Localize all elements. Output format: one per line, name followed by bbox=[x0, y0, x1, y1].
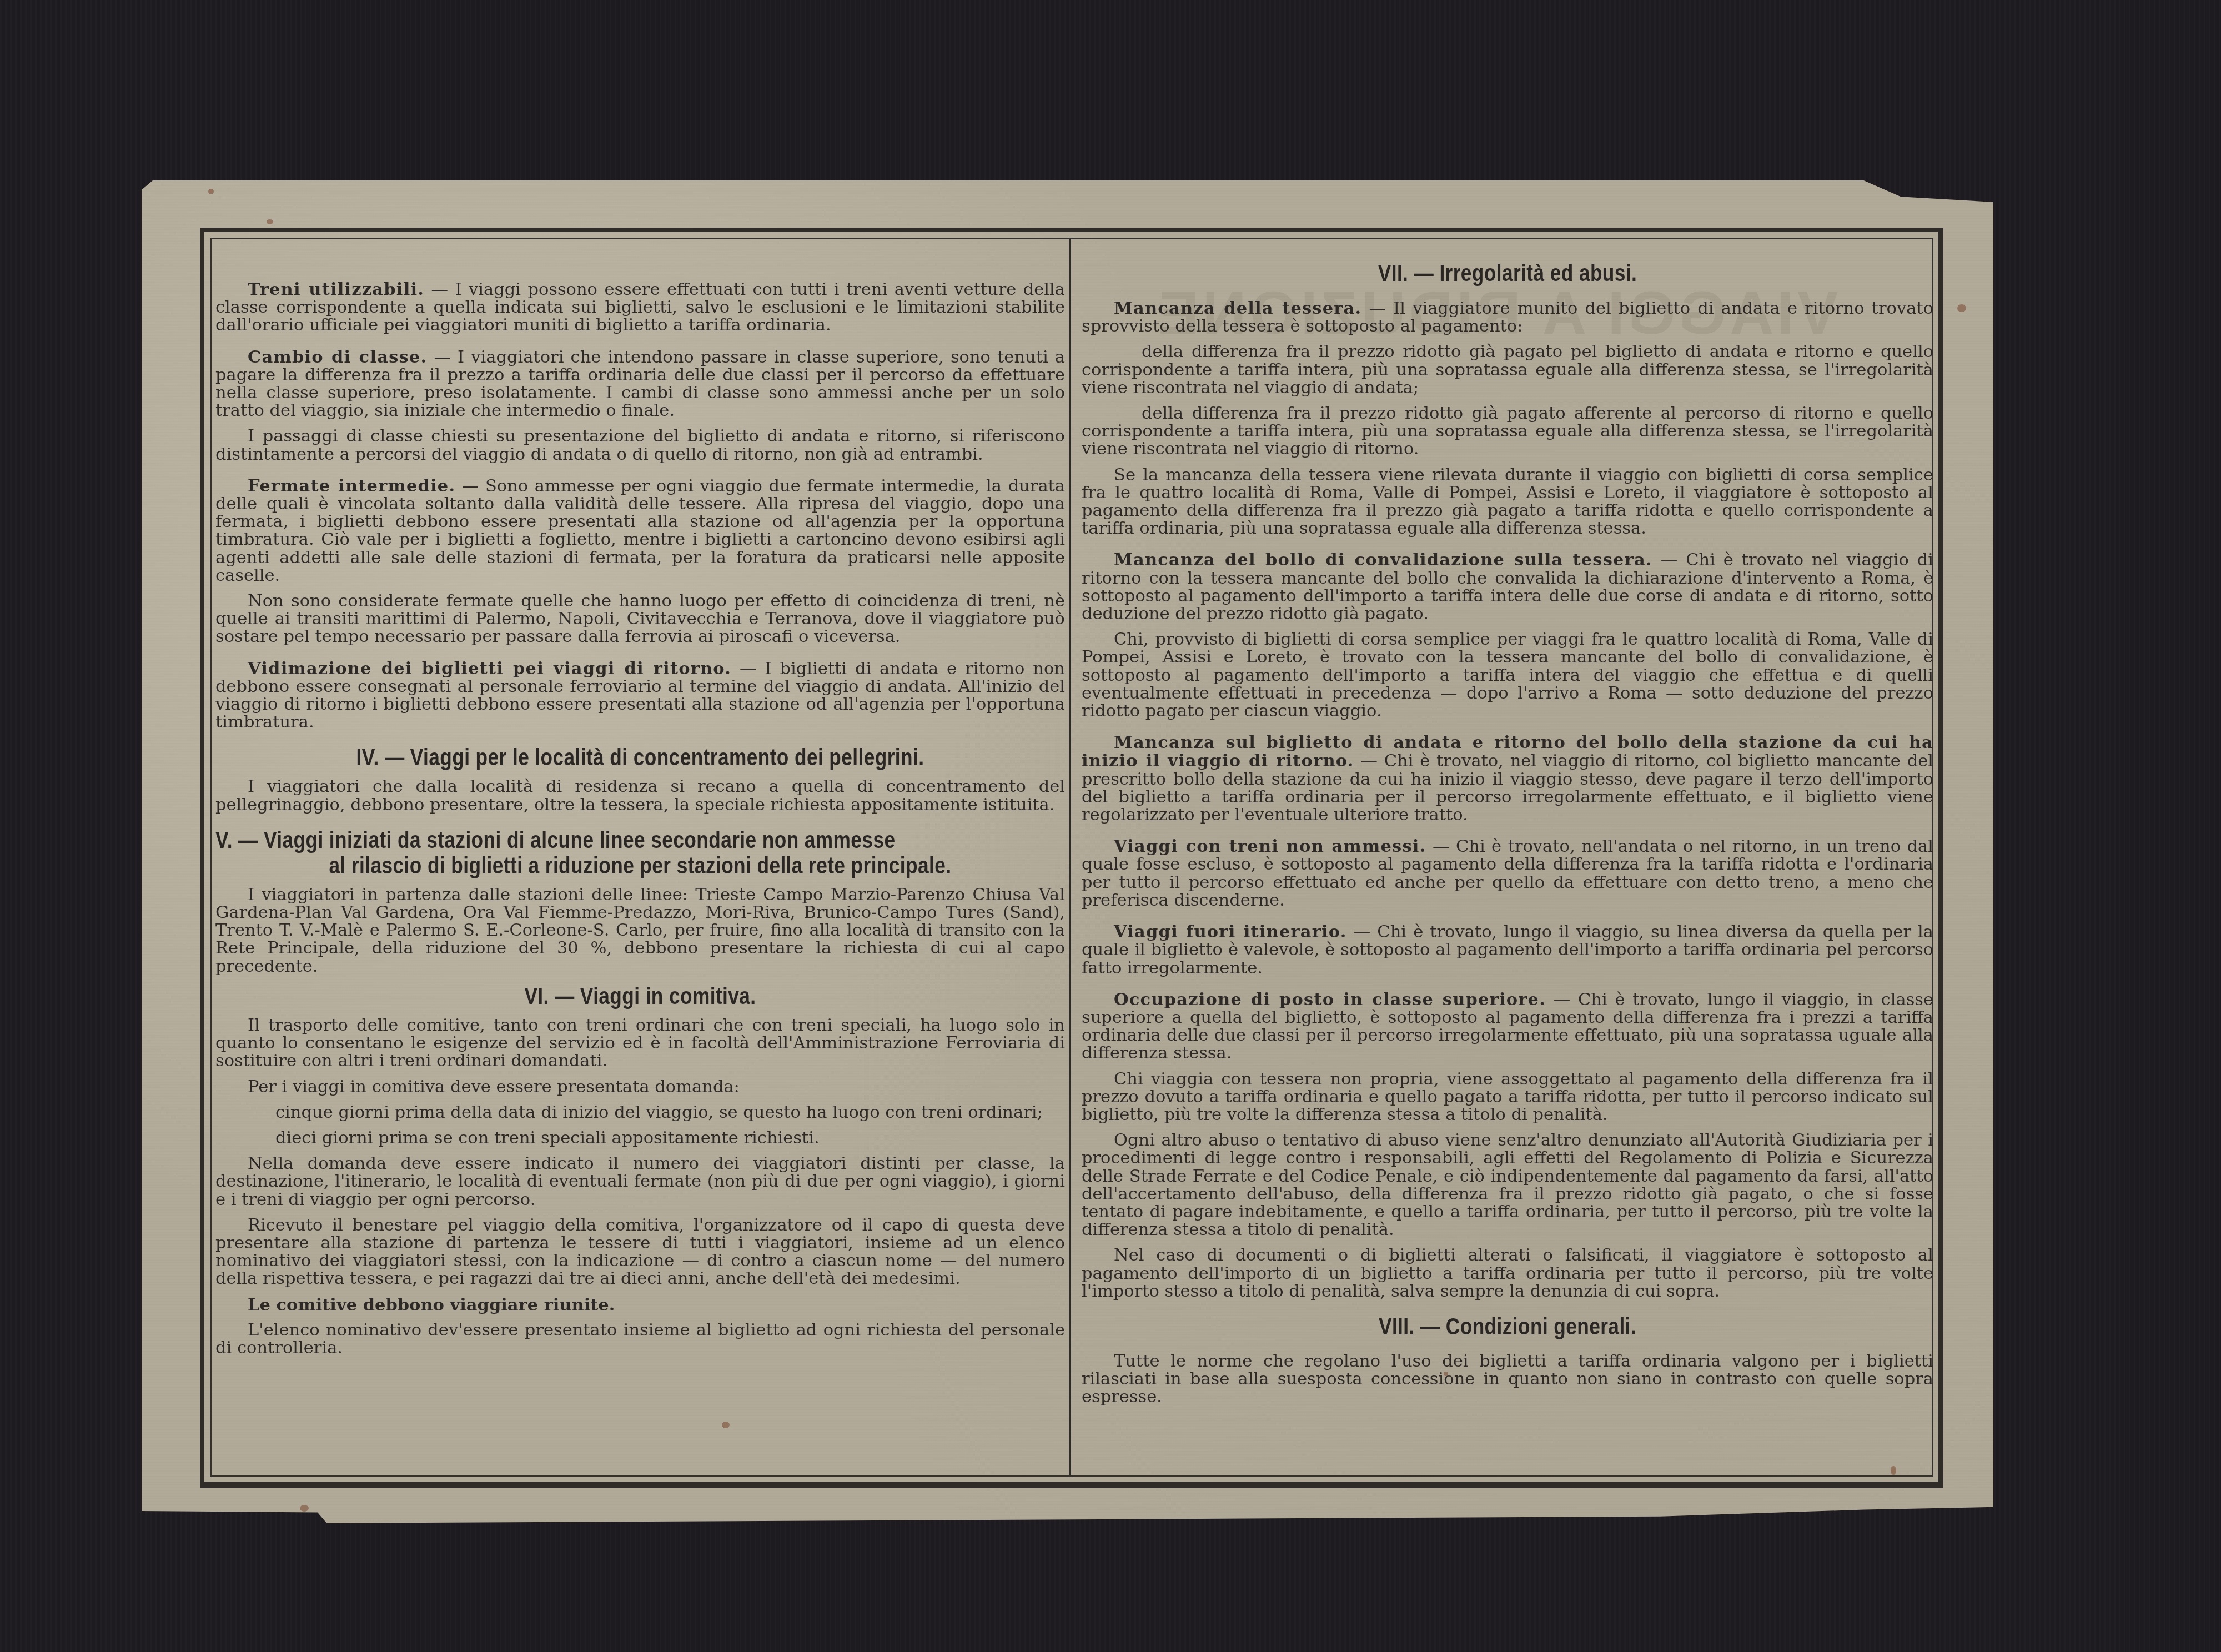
lead-occupazione-posto: Occupazione di posto in classe superiore… bbox=[1114, 990, 1546, 1010]
paragraph-vidimazione: Vidimazione dei biglietti pei viaggi di … bbox=[215, 660, 1065, 732]
paragraph-fuori-itinerario: Viaggi fuori itinerario. — Chi è trovato… bbox=[1082, 923, 1933, 977]
foxing-spot bbox=[722, 1422, 730, 1428]
paragraph-fermate-intermedie: Fermate intermedie. — Sono ammesse per o… bbox=[215, 477, 1065, 585]
paragraph-tessera-non-propria: Chi viaggia con tessera non propria, vie… bbox=[1082, 1071, 1933, 1124]
paragraph-non-sono-considerate: Non sono considerate fermate quelle che … bbox=[215, 592, 1065, 646]
lead-cambio-di-classe: Cambio di classe. bbox=[248, 347, 427, 367]
paragraph-cinque-giorni: cinque giorni prima della data di inizio… bbox=[215, 1104, 1065, 1122]
paragraph-mancanza-bollo: Mancanza del bollo di convalidazione sul… bbox=[1082, 551, 1933, 623]
lead-treni-utilizzabili: Treni utilizzabili. bbox=[248, 279, 424, 299]
paragraph-section-iv: I viaggiatori che dalla località di resi… bbox=[215, 778, 1065, 814]
paragraph-mancanza-tessera: Mancanza della tessera. — Il viaggiatore… bbox=[1082, 299, 1933, 335]
paragraph-documenti-alterati: Nel caso di documenti o di biglietti alt… bbox=[1082, 1247, 1933, 1300]
paragraph-nella-domanda: Nella domanda deve essere indicato il nu… bbox=[215, 1155, 1065, 1209]
lead-mancanza-tessera: Mancanza della tessera. bbox=[1114, 298, 1361, 318]
foxing-spot bbox=[300, 1505, 309, 1512]
paragraph-cambio-di-classe: Cambio di classe. — I viaggiatori che in… bbox=[215, 348, 1065, 420]
foxing-spot bbox=[267, 219, 273, 224]
paragraph-treni-non-ammessi: Viaggi con treni non ammessi. — Chi è tr… bbox=[1082, 837, 1933, 910]
paragraph-mancanza-biglietto: Mancanza sul biglietto di andata e ritor… bbox=[1082, 734, 1933, 824]
foxing-spot bbox=[208, 189, 214, 194]
paragraph-section-v: I viaggiatori in partenza dalle stazioni… bbox=[215, 886, 1065, 976]
paragraph-elenco-nominativo: L'elenco nominativo dev'essere presentat… bbox=[215, 1322, 1065, 1357]
lead-vidimazione: Vidimazione dei biglietti pei viaggi di … bbox=[248, 659, 731, 679]
paragraph-passaggi-di-classe: I passaggi di classe chiesti su presenta… bbox=[215, 428, 1065, 463]
paragraph-treni-utilizzabili: Treni utilizzabili. — I viaggi possono e… bbox=[215, 280, 1065, 335]
lead-fermate-intermedie: Fermate intermedie. bbox=[248, 476, 455, 496]
heading-section-vii: VII. — Irregolarità ed abusi. bbox=[1158, 260, 1857, 286]
heading-section-iv: IV. — Viaggi per le località di concentr… bbox=[292, 745, 989, 770]
paragraph-differenza-andata: della differenza fra il prezzo ridotto g… bbox=[1082, 343, 1933, 397]
paragraph-comitive-riunite: Le comitive debbono viaggiare riunite. bbox=[215, 1296, 1065, 1314]
paragraph-occupazione-posto: Occupazione di posto in classe superiore… bbox=[1082, 991, 1933, 1063]
paragraph-comitive-trasporto: Il trasporto delle comitive, tanto con t… bbox=[215, 1017, 1065, 1071]
lead-fuori-itinerario: Viaggi fuori itinerario. bbox=[1114, 922, 1347, 942]
heading-section-v-line2: al rilascio di biglietti a riduzione per… bbox=[292, 853, 989, 878]
paragraph-dieci-giorni: dieci giorni prima se con treni speciali… bbox=[215, 1129, 1065, 1147]
right-column: VII. — Irregolarità ed abusi. Mancanza d… bbox=[1082, 247, 1933, 1407]
foxing-spot bbox=[1957, 304, 1966, 312]
paragraph-condizioni-generali: Tutte le norme che regolano l'uso dei bi… bbox=[1082, 1353, 1933, 1407]
lead-mancanza-bollo: Mancanza del bollo di convalidazione sul… bbox=[1114, 550, 1652, 570]
paragraph-comitive-domanda: Per i viaggi in comitiva deve essere pre… bbox=[215, 1078, 1065, 1096]
column-divider bbox=[1069, 239, 1071, 1475]
paragraph-differenza-ritorno: della differenza fra il prezzo ridotto g… bbox=[1082, 405, 1933, 459]
paragraph-ricevuto-benestare: Ricevuto il benestare pel viaggio della … bbox=[215, 1217, 1065, 1288]
left-column: Treni utilizzabili. — I viaggi possono e… bbox=[215, 247, 1065, 1357]
heading-section-v-line1: V. — Viaggi iniziati da stazioni di alcu… bbox=[215, 827, 912, 853]
heading-section-viii: VIII. — Condizioni generali. bbox=[1158, 1314, 1857, 1339]
paragraph-corsa-semplice: Se la mancanza della tessera viene rilev… bbox=[1082, 466, 1933, 538]
paragraph-provvisto-biglietti: Chi, provvisto di biglietti di corsa sem… bbox=[1082, 631, 1933, 720]
foxing-spot bbox=[1891, 1466, 1896, 1475]
heading-section-vi: VI. — Viaggi in comitiva. bbox=[292, 983, 989, 1009]
lead-treni-non-ammessi: Viaggi con treni non ammessi. bbox=[1114, 836, 1426, 856]
paragraph-ogni-altro-abuso: Ogni altro abuso o tentativo di abuso vi… bbox=[1082, 1132, 1933, 1239]
